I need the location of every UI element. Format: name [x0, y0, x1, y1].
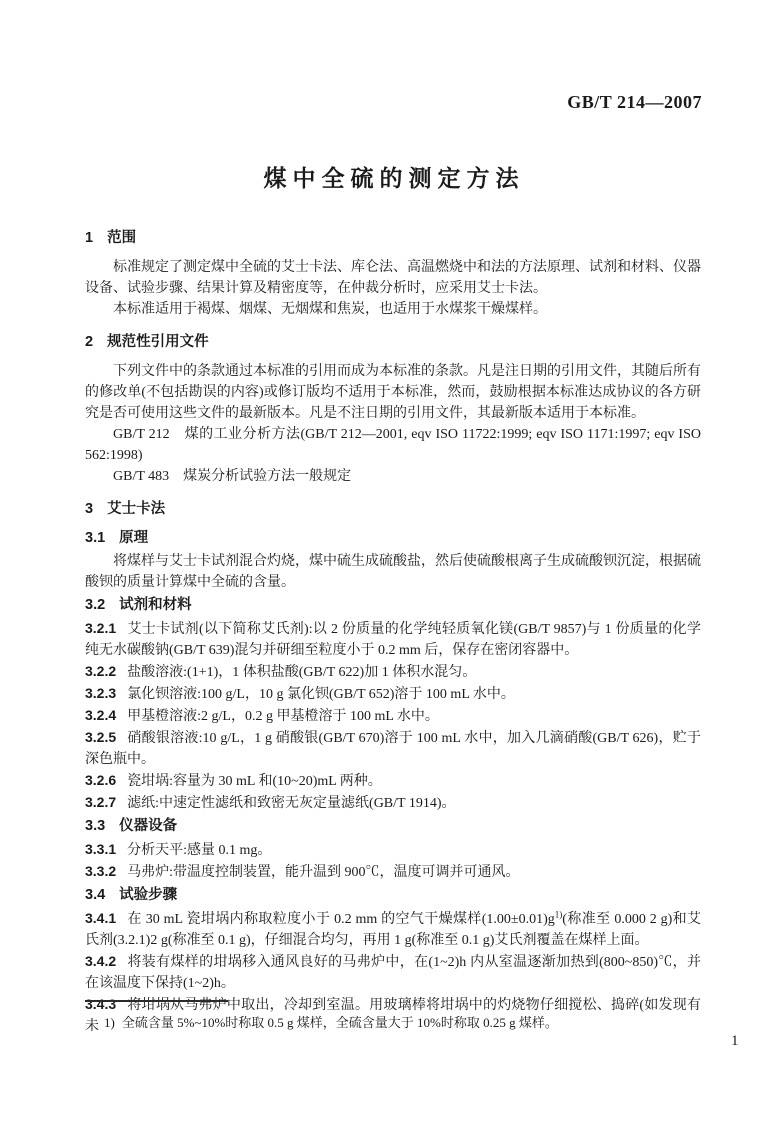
normative-reference-1: GB/T 212 煤的工业分析方法(GB/T 212—2001, eqv ISO…: [85, 424, 701, 466]
clause-3-2-5-text: 硝酸银溶液:10 g/L，1 g 硝酸银(GB/T 670)溶于 100 mL …: [85, 731, 701, 767]
section-1-heading: 1范围: [85, 228, 701, 249]
clause-3-4-3-number: 3.4.3: [85, 994, 116, 1015]
clause-3-2-4-text: 甲基橙溶液:2 g/L，0.2 g 甲基橙溶于 100 mL 水中。: [127, 709, 439, 724]
section-2-heading: 2规范性引用文件: [85, 332, 701, 353]
section-3-heading: 3艾士卡法: [85, 499, 701, 520]
clause-3-2-4: 3.2.4甲基橙溶液:2 g/L，0.2 g 甲基橙溶于 100 mL 水中。: [85, 705, 701, 727]
footnote-divider: [85, 1000, 228, 1002]
clause-3-2-6-number: 3.2.6: [85, 770, 116, 791]
clause-3-2-1-number: 3.2.1: [85, 618, 116, 639]
clause-3-2-7-text: 滤纸:中速定性滤纸和致密无灰定量滤纸(GB/T 1914)。: [127, 796, 455, 811]
section-3-4-number: 3.4: [85, 885, 105, 906]
clause-3-2-5: 3.2.5硝酸银溶液:10 g/L，1 g 硝酸银(GB/T 670)溶于 10…: [85, 727, 701, 770]
section-3-2-number: 3.2: [85, 595, 105, 616]
clause-3-3-2: 3.3.2马弗炉:带温度控制装置，能升温到 900℃，温度可调并可通风。: [85, 861, 701, 883]
clause-3-4-1-number: 3.4.1: [85, 908, 116, 929]
clause-3-2-1: 3.2.1艾士卡试剂(以下简称艾氏剂):以 2 份质量的化学纯轻质氧化镁(GB/…: [85, 618, 701, 661]
standard-number: GB/T 214—2007: [567, 92, 702, 113]
clause-3-2-5-number: 3.2.5: [85, 727, 116, 748]
section-3-3-title: 仪器设备: [119, 818, 177, 834]
section-2-number: 2: [85, 332, 93, 353]
clause-3-4-2: 3.4.2将装有煤样的坩埚移入通风良好的马弗炉中，在(1~2)h 内从室温逐渐加…: [85, 951, 701, 994]
section-3-2-title: 试剂和材料: [119, 597, 192, 613]
document-page: GB/T 214—2007 煤中全硫的测定方法 1范围 标准规定了测定煤中全硫的…: [0, 0, 782, 1122]
clause-3-2-4-number: 3.2.4: [85, 705, 116, 726]
clause-3-2-3-number: 3.2.3: [85, 683, 116, 704]
clause-3-4-2-number: 3.4.2: [85, 951, 116, 972]
section-2-title: 规范性引用文件: [107, 334, 209, 350]
clause-3-2-2-number: 3.2.2: [85, 661, 116, 682]
section-3-1-title: 原理: [119, 530, 148, 546]
section-1-title: 范围: [107, 230, 136, 246]
clause-3-4-1-text-a: 在 30 mL 瓷坩埚内称取粒度小于 0.2 mm 的空气干燥煤样(1.00±0…: [127, 912, 555, 927]
normative-reference-2: GB/T 483 煤炭分析试验方法一般规定: [85, 466, 701, 487]
section-3-2-heading: 3.2试剂和材料: [85, 595, 701, 616]
clause-3-3-2-text: 马弗炉:带温度控制装置，能升温到 900℃，温度可调并可通风。: [127, 865, 519, 880]
clause-3-2-6: 3.2.6瓷坩埚:容量为 30 mL 和(10~20)mL 两种。: [85, 770, 701, 792]
section-3-number: 3: [85, 499, 93, 520]
clause-3-3-1-number: 3.3.1: [85, 839, 116, 860]
section-1-paragraph-1: 标准规定了测定煤中全硫的艾士卡法、库仑法、高温燃烧中和法的方法原理、试剂和材料、…: [85, 257, 701, 299]
footnote-text: 全硫含量 5%~10%时称取 0.5 g 煤样，全硫含量大于 10%时称取 0.…: [122, 1015, 558, 1030]
clause-3-2-3: 3.2.3氯化钡溶液:100 g/L，10 g 氯化钡(GB/T 652)溶于 …: [85, 683, 701, 705]
section-3-1-heading: 3.1原理: [85, 528, 701, 549]
clause-3-2-1-text: 艾士卡试剂(以下简称艾氏剂):以 2 份质量的化学纯轻质氧化镁(GB/T 985…: [85, 622, 701, 658]
section-3-1-paragraph: 将煤样与艾士卡试剂混合灼烧，煤中硫生成硫酸盐，然后使硫酸根离子生成硫酸钡沉淀，根…: [85, 551, 701, 593]
section-1-paragraph-2: 本标准适用于褐煤、烟煤、无烟煤和焦炭，也适用于水煤浆干燥煤样。: [85, 299, 701, 320]
clause-3-3-1-text: 分析天平:感量 0.1 mg。: [127, 843, 271, 858]
section-3-1-number: 3.1: [85, 528, 105, 549]
section-3-3-number: 3.3: [85, 816, 105, 837]
clause-3-2-2-text: 盐酸溶液:(1+1)，1 体积盐酸(GB/T 622)加 1 体积水混匀。: [127, 665, 476, 680]
footnote-marker: 1): [104, 1013, 115, 1032]
clause-3-3-2-number: 3.3.2: [85, 861, 116, 882]
clause-3-2-3-text: 氯化钡溶液:100 g/L，10 g 氯化钡(GB/T 652)溶于 100 m…: [127, 687, 515, 702]
section-2-paragraph-1: 下列文件中的条款通过本标准的引用而成为本标准的条款。凡是注日期的引用文件，其随后…: [85, 361, 701, 424]
document-title: 煤中全硫的测定方法: [0, 160, 782, 193]
section-3-4-title: 试验步骤: [119, 887, 177, 903]
clause-3-2-7-number: 3.2.7: [85, 792, 116, 813]
clause-3-4-1: 3.4.1在 30 mL 瓷坩埚内称取粒度小于 0.2 mm 的空气干燥煤样(1…: [85, 908, 701, 951]
clause-3-4-2-text: 将装有煤样的坩埚移入通风良好的马弗炉中，在(1~2)h 内从室温逐渐加热到(80…: [85, 955, 701, 991]
section-3-title: 艾士卡法: [107, 501, 165, 517]
clause-3-2-7: 3.2.7滤纸:中速定性滤纸和致密无灰定量滤纸(GB/T 1914)。: [85, 792, 701, 814]
section-1-number: 1: [85, 228, 93, 249]
clause-3-2-2: 3.2.2盐酸溶液:(1+1)，1 体积盐酸(GB/T 622)加 1 体积水混…: [85, 661, 701, 683]
section-3-4-heading: 3.4试验步骤: [85, 885, 701, 906]
document-body: 1范围 标准规定了测定煤中全硫的艾士卡法、库仑法、高温燃烧中和法的方法原理、试剂…: [85, 228, 701, 1037]
section-3-3-heading: 3.3仪器设备: [85, 816, 701, 837]
footnote: 1)全硫含量 5%~10%时称取 0.5 g 煤样，全硫含量大于 10%时称取 …: [104, 1013, 704, 1032]
page-number: 1: [731, 1033, 739, 1050]
clause-3-2-6-text: 瓷坩埚:容量为 30 mL 和(10~20)mL 两种。: [127, 774, 382, 789]
clause-3-3-1: 3.3.1分析天平:感量 0.1 mg。: [85, 839, 701, 861]
